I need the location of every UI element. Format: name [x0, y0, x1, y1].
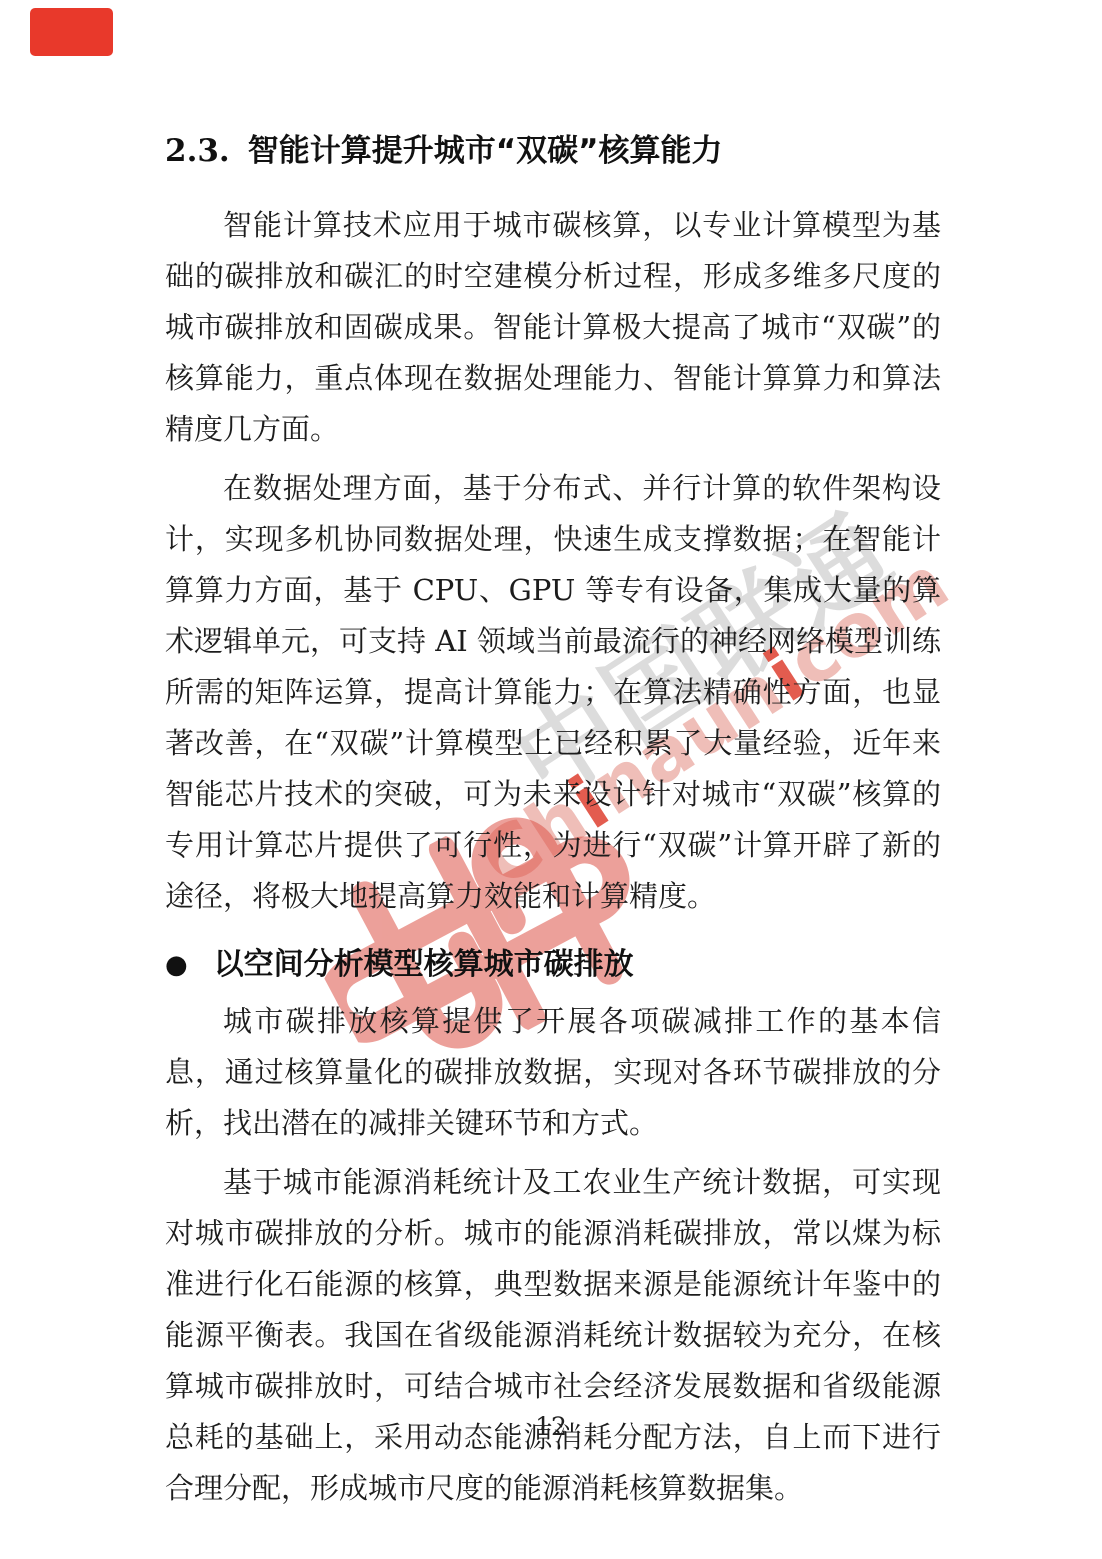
- bullet-heading: ● 以空间分析模型核算城市碳排放: [165, 942, 941, 988]
- bullet-icon: ●: [165, 942, 188, 988]
- body-paragraph: 城市碳排放核算提供了开展各项碳减排工作的基本信息，通过核算量化的碳排放数据，实现…: [165, 996, 941, 1149]
- document-content: 2.3.智能计算提升城市“双碳”核算能力 智能计算技术应用于城市碳核算，以专业计…: [165, 128, 941, 1514]
- document-page: 中国联通 Chinaunicom 2.3.智能计算提升城市“双碳”核算能力 智能…: [0, 0, 1102, 1559]
- page-number: 12: [0, 1412, 1102, 1441]
- section-number: 2.3.: [165, 133, 230, 169]
- body-paragraph: 基于城市能源消耗统计及工农业生产统计数据，可实现对城市碳排放的分析。城市的能源消…: [165, 1157, 941, 1514]
- section-heading: 2.3.智能计算提升城市“双碳”核算能力: [165, 128, 941, 174]
- red-corner-marker: [30, 8, 113, 56]
- bullet-title: 以空间分析模型核算城市碳排放: [214, 942, 634, 988]
- body-paragraph: 智能计算技术应用于城市碳核算，以专业计算模型为基础的碳排放和碳汇的时空建模分析过…: [165, 200, 941, 455]
- section-title: 智能计算提升城市“双碳”核算能力: [248, 133, 723, 169]
- body-paragraph: 在数据处理方面，基于分布式、并行计算的软件架构设计，实现多机协同数据处理，快速生…: [165, 463, 941, 922]
